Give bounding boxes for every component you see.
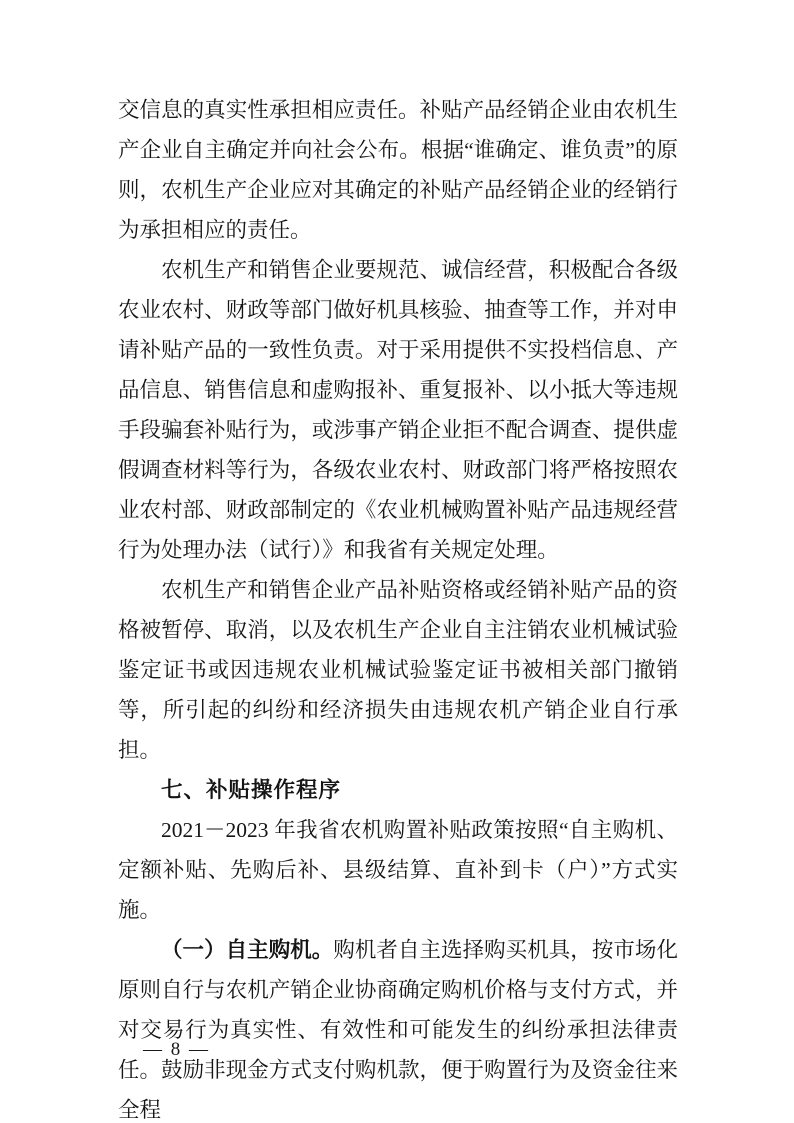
document-page: 交信息的真实性承担相应责任。补贴产品经销企业由农机生产企业自主确定并向社会公布。… [0, 0, 794, 1123]
section-heading-subsidy-procedure: 七、补贴操作程序 [118, 770, 678, 810]
paragraph-self-purchase-text: 购机者自主选择购买机具，按市场化原则自行与农机产销企业协商确定购机价格与支付方式… [118, 938, 678, 1122]
paragraph-policy-mode: 2021－2023 年我省农机购置补贴政策按照“自主购机、定额补贴、先购后补、县… [118, 810, 678, 930]
page-number: — 8 — [143, 1036, 210, 1064]
paragraph-carryover-responsibility: 交信息的真实性承担相应责任。补贴产品经销企业由农机生产企业自主确定并向社会公布。… [118, 90, 678, 250]
document-body: 交信息的真实性承担相应责任。补贴产品经销企业由农机生产企业自主确定并向社会公布。… [118, 90, 678, 1123]
paragraph-enterprise-conduct: 农机生产和销售企业要规范、诚信经营，积极配合各级农业农村、财政等部门做好机具核验… [118, 250, 678, 570]
paragraph-violation-consequences: 农机生产和销售企业产品补贴资格或经销补贴产品的资格被暂停、取消，以及农机生产企业… [118, 570, 678, 770]
paragraph-self-purchase: （一）自主购机。购机者自主选择购买机具，按市场化原则自行与农机产销企业协商确定购… [118, 930, 678, 1123]
paragraph-lead-self-purchase: （一）自主购机。 [161, 938, 333, 962]
